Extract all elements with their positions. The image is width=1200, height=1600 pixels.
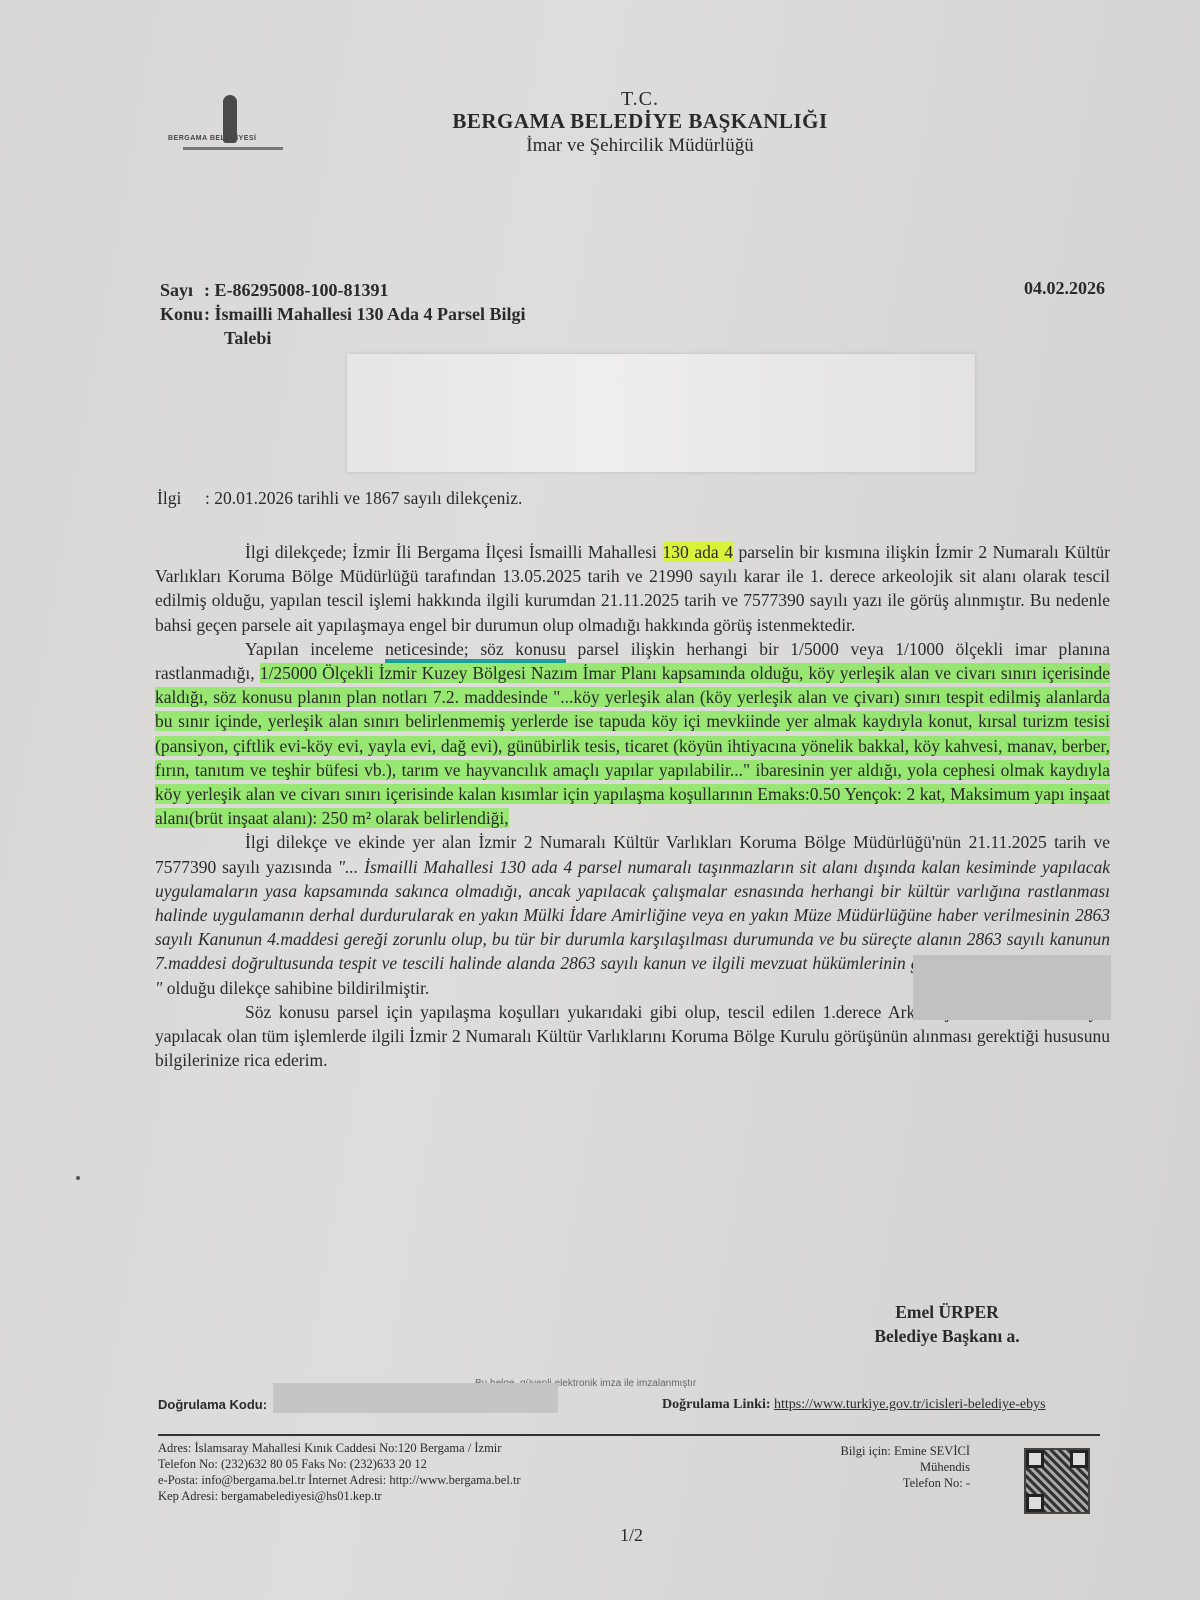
letterhead-department: İmar ve Şehircilik Müdürlüğü: [440, 135, 840, 157]
redacted-text-block: [913, 955, 1111, 1020]
email-web-line: e-Posta: info@bergama.bel.tr İnternet Ad…: [158, 1472, 521, 1488]
sayi-label: Sayı: [160, 278, 204, 302]
municipality-logo: BERGAMA BELEDİYESİ: [168, 95, 298, 165]
page-number: 1/2: [620, 1525, 643, 1546]
document-date: 04.02.2026: [1024, 278, 1105, 299]
qr-finder: [1026, 1450, 1044, 1468]
document-page: BERGAMA BELEDİYESİ T.C. BERGAMA BELEDİYE…: [0, 0, 1200, 1600]
contact-person: Bilgi için: Emine SEVİCİ: [820, 1443, 970, 1459]
sayi-value: : E-86295008-100-81391: [204, 280, 388, 300]
highlight-plan-notes: 1/25000 Ölçekli İzmir Kuzey Bölgesi Nazı…: [155, 663, 1110, 828]
konu-value-cont: Talebi: [160, 326, 526, 350]
p1-text-a: İlgi dilekçede; İzmir İli Bergama İlçesi…: [245, 542, 663, 562]
konu-value: : İsmailli Mahallesi 130 Ada 4 Parsel Bi…: [204, 304, 526, 324]
address-line: Adres: İslamsaray Mahallesi Kınık Caddes…: [158, 1440, 521, 1456]
logo-underline: [183, 147, 283, 150]
footer-contact: Bilgi için: Emine SEVİCİ Mühendis Telefo…: [820, 1443, 970, 1491]
kep-line: Kep Adresi: bergamabelediyesi@hs01.kep.t…: [158, 1488, 521, 1504]
logo-text: BERGAMA BELEDİYESİ: [168, 135, 298, 142]
punch-mark: [76, 1176, 80, 1180]
verify-link-row: Doğrulama Linki: https://www.turkiye.gov…: [662, 1397, 1046, 1413]
footer-address: Adres: İslamsaray Mahallesi Kınık Caddes…: [158, 1440, 521, 1504]
ilgi-line: İlgi: 20.01.2026 tarihli ve 1867 sayılı …: [157, 488, 522, 509]
verify-code-label: Doğrulama Kodu:: [158, 1397, 267, 1412]
qr-finder: [1026, 1494, 1044, 1512]
phone-line: Telefon No: (232)632 80 05 Faks No: (232…: [158, 1456, 521, 1472]
qr-finder: [1070, 1450, 1088, 1468]
ilgi-label: İlgi: [157, 488, 205, 509]
konu-label: Konu: [160, 302, 204, 326]
contact-role: Mühendis: [820, 1459, 970, 1475]
letterhead-tc: T.C.: [440, 88, 840, 111]
letterhead: T.C. BERGAMA BELEDİYE BAŞKANLIĞI İmar ve…: [440, 88, 840, 157]
paragraph-1: İlgi dilekçede; İzmir İli Bergama İlçesi…: [155, 540, 1110, 637]
signature-block: Emel ÜRPER Belediye Başkanı a.: [872, 1300, 1022, 1348]
p3-text-b: olduğu dilekçe sahibine bildirilmiştir.: [162, 978, 429, 998]
redacted-verify-code: [273, 1383, 558, 1413]
konu-row: Konu: İsmailli Mahallesi 130 Ada 4 Parse…: [160, 302, 526, 326]
underline-mark: neticesinde; söz konusu: [385, 639, 566, 663]
signatory-name: Emel ÜRPER: [872, 1300, 1022, 1324]
sayi-row: Sayı: E-86295008-100-81391: [160, 278, 526, 302]
signatory-title: Belediye Başkanı a.: [872, 1324, 1022, 1348]
letterhead-organization: BERGAMA BELEDİYE BAŞKANLIĞI: [440, 109, 840, 134]
footer-divider: [158, 1434, 1100, 1436]
paragraph-2: Yapılan inceleme neticesinde; söz konusu…: [155, 637, 1110, 831]
ilgi-value: : 20.01.2026 tarihli ve 1867 sayılı dile…: [205, 488, 522, 508]
contact-phone: Telefon No: -: [820, 1475, 970, 1491]
p2-text-a: Yapılan inceleme: [245, 639, 385, 659]
redacted-recipient: [347, 354, 975, 472]
highlight-ada-parsel: 130 ada 4: [663, 542, 733, 562]
verify-link[interactable]: https://www.turkiye.gov.tr/icisleri-bele…: [774, 1397, 1046, 1412]
verify-link-label: Doğrulama Linki:: [662, 1397, 771, 1412]
qr-code-icon: [1024, 1448, 1090, 1514]
document-meta: Sayı: E-86295008-100-81391 Konu: İsmaill…: [160, 278, 526, 350]
